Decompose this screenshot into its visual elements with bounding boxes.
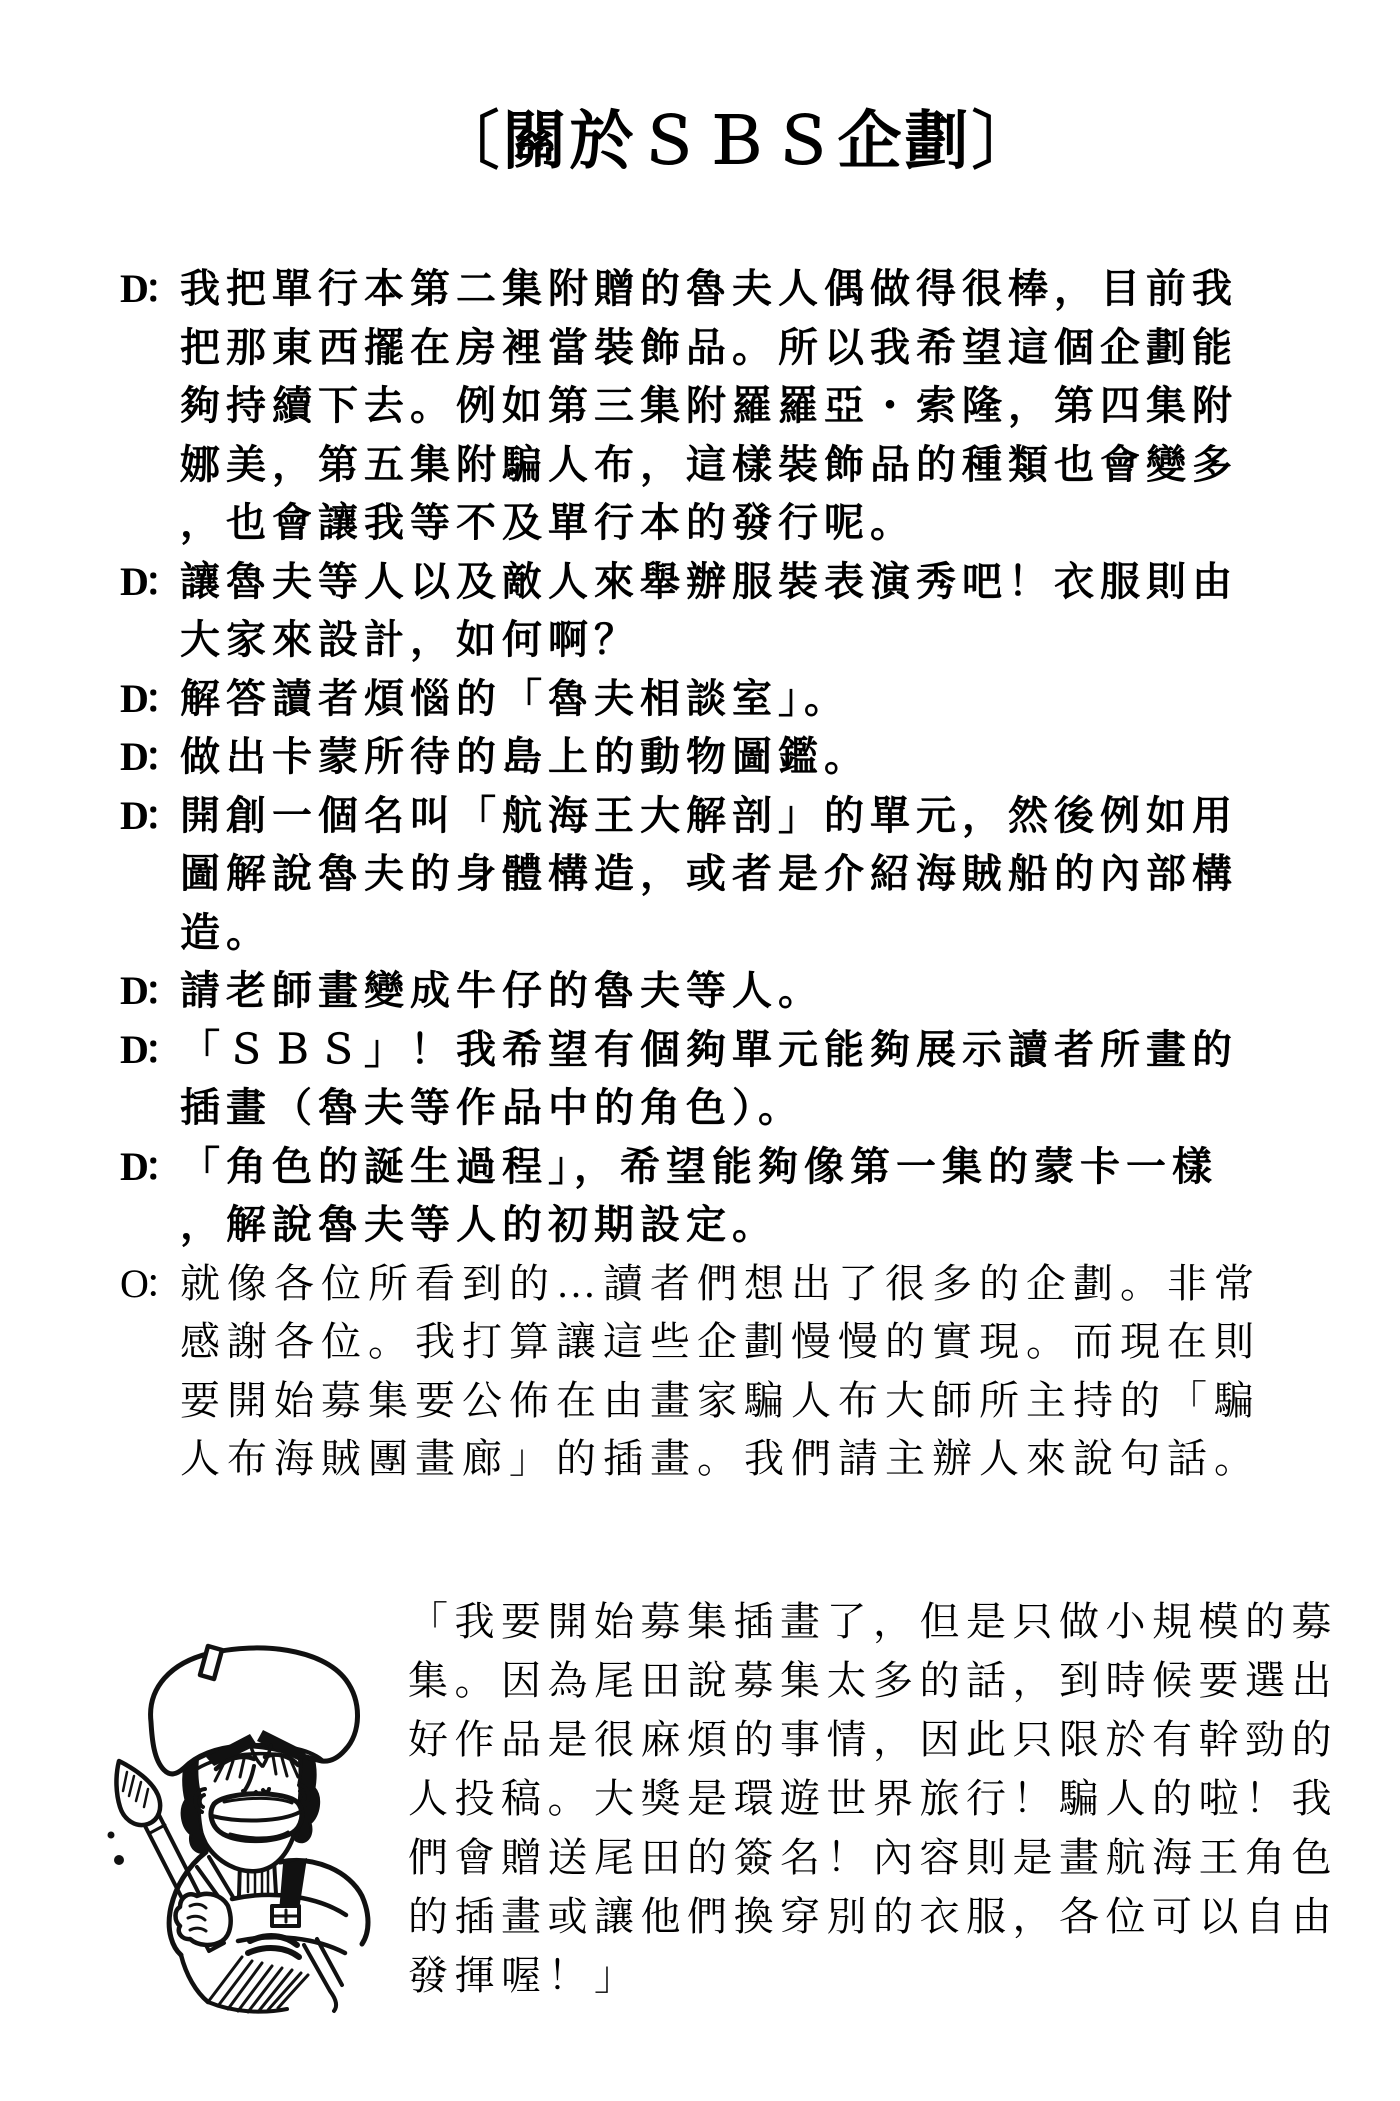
speaker-colon: ： [144, 260, 184, 319]
speaker-colon: ： [144, 728, 184, 787]
speaker-colon: ： [144, 553, 184, 612]
speaker-colon: ： [144, 1255, 184, 1314]
qa-text: 開創一個名叫「航海王大解剖」的單元，然後例如用 圖解說魯夫的身體構造，或者是介紹… [180, 787, 1360, 963]
qa-item-6: D ： 請老師畫變成牛仔的魯夫等人。 [0, 962, 1360, 1021]
speaker-colon: ： [144, 670, 184, 729]
qa-text: 請老師畫變成牛仔的魯夫等人。 [180, 962, 1360, 1021]
qa-item-4: D ： 做出卡蒙所待的島上的動物圖鑑。 [0, 728, 1360, 787]
sbs-manga-page: 〔關於ＳＢＳ企劃〕 D ： 我把單行本第二集附贈的魯夫人偶做得很棒，目前我 把那… [0, 0, 1400, 2101]
qa-text: 「ＳＢＳ」！我希望有個夠單元能夠展示讀者所畫的 插畫（魯夫等作品中的角色）。 [180, 1021, 1360, 1138]
qa-text: 就像各位所看到的…讀者們想出了很多的企劃。非常 感謝各位。我打算讓這些企劃慢慢的… [180, 1255, 1360, 1489]
qa-text: 解答讀者煩惱的「魯夫相談室」。 [180, 670, 1360, 729]
qa-item-1: D ： 我把單行本第二集附贈的魯夫人偶做得很棒，目前我 把那東西擺在房裡當裝飾品… [0, 260, 1360, 553]
qa-list: D ： 我把單行本第二集附贈的魯夫人偶做得很棒，目前我 把那東西擺在房裡當裝飾品… [0, 260, 1400, 1489]
usopp-illustration [58, 1604, 398, 2074]
paint-splatter [108, 1832, 125, 1866]
qa-text: 讓魯夫等人以及敵人來舉辦服裝表演秀吧！衣服則由 大家來設計，如何啊？ [180, 553, 1360, 670]
qa-item-3: D ： 解答讀者煩惱的「魯夫相談室」。 [0, 670, 1360, 729]
qa-item-7: D ： 「ＳＢＳ」！我希望有個夠單元能夠展示讀者所畫的 插畫（魯夫等作品中的角色… [0, 1021, 1360, 1138]
qa-text: 我把單行本第二集附贈的魯夫人偶做得很棒，目前我 把那東西擺在房裡當裝飾品。所以我… [180, 260, 1360, 553]
page-title: 〔關於ＳＢＳ企劃〕 [0, 106, 1400, 180]
paintbrush-tip [116, 1761, 160, 1825]
qa-text: 「角色的誕生過程」，希望能夠像第一集的蒙卡一樣 ，解說魯夫等人的初期設定。 [180, 1138, 1360, 1255]
big-lips [211, 1794, 302, 1841]
qa-item-8: D ： 「角色的誕生過程」，希望能夠像第一集的蒙卡一樣 ，解說魯夫等人的初期設定… [0, 1138, 1360, 1255]
speaker-colon: ： [144, 962, 184, 1021]
qa-text: 做出卡蒙所待的島上的動物圖鑑。 [180, 728, 1360, 787]
qa-item-9-oda-answer: O ： 就像各位所看到的…讀者們想出了很多的企劃。非常 感謝各位。我打算讓這些企… [0, 1255, 1360, 1489]
speaker-colon: ： [144, 1138, 184, 1197]
fist [176, 1894, 231, 1945]
usopp-quote: 「我要開始募集插畫了，但是只做小規模的募 集。因為尾田說募集太多的話，到時候要選… [408, 1592, 1388, 2005]
qa-item-5: D ： 開創一個名叫「航海王大解剖」的單元，然後例如用 圖解說魯夫的身體構造，或… [0, 787, 1360, 963]
speaker-colon: ： [144, 787, 184, 846]
speaker-colon: ： [144, 1021, 184, 1080]
qa-item-2: D ： 讓魯夫等人以及敵人來舉辦服裝表演秀吧！衣服則由 大家來設計，如何啊？ [0, 553, 1360, 670]
